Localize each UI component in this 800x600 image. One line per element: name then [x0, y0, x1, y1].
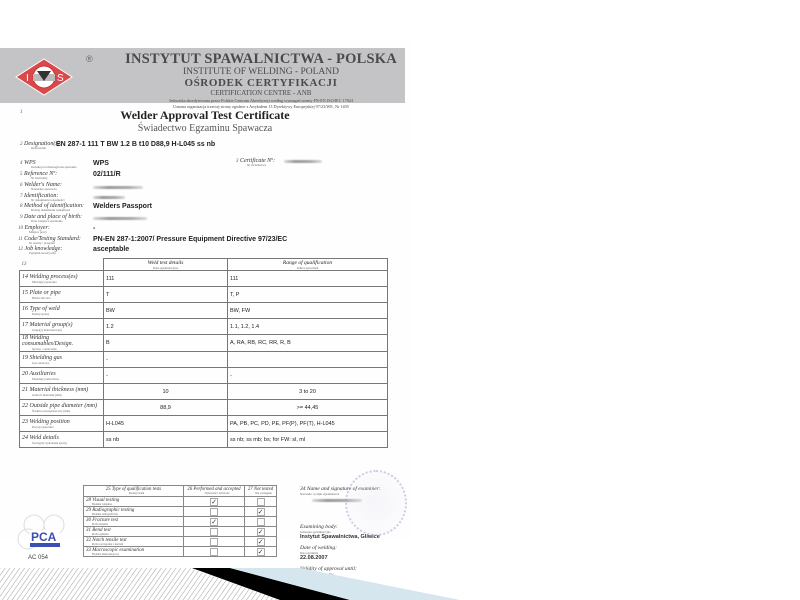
- not-tested-cell: [245, 517, 277, 527]
- welding-date-value: 22.08.2007: [300, 555, 337, 561]
- certificate-title: Welder Approval Test Certificate Świadec…: [0, 108, 410, 134]
- row-label-pl: Rodzaj spoiny: [32, 312, 101, 316]
- performed-checkbox[interactable]: [210, 528, 218, 536]
- performed-cell: [184, 537, 245, 547]
- field-number: 8: [20, 204, 23, 209]
- field-number: 7: [20, 194, 23, 199]
- row-label-pl: Pozycja spawania: [32, 425, 101, 429]
- row-label-en: 16 Type of weld: [22, 306, 60, 312]
- table-row: 22 Outside pipe diameter (mm)Średnica ze…: [20, 400, 388, 416]
- header-test-type: 25 Type of qualification tests Rodzaj ba…: [84, 486, 184, 497]
- row-label-en: 17 Material group(s): [22, 322, 72, 328]
- test-label-en: 33 Macroscopic examination: [86, 548, 144, 553]
- test-type-cell: 28 Visual testingBadania wizualne: [84, 497, 184, 507]
- not-tested-cell: ✓: [245, 507, 277, 517]
- redacted-certificate-number: [284, 160, 322, 163]
- row-label: 22 Outside pipe diameter (mm)Średnica ze…: [20, 400, 104, 416]
- welding-date-block: Date of welding: Data egzaminu 22.08.200…: [300, 545, 337, 561]
- test-type-cell: 33 Macroscopic examinationBadania makros…: [84, 547, 184, 557]
- field-wps: 4 WPS Instrukcja technologiczna spawania…: [20, 160, 77, 169]
- centre-name-en: CERTIFICATION CENTRE - ANB: [120, 89, 402, 97]
- table-row: 17 Material group(s)Grupa(y) materiałowa…: [20, 319, 388, 335]
- row-label-en: 24 Weld details: [22, 435, 59, 441]
- header-pl: Wykonane i zaliczone: [192, 492, 242, 495]
- not-tested-cell: ✓: [245, 537, 277, 547]
- row-label-en: 22 Outside pipe diameter (mm): [22, 403, 97, 409]
- table-row: 20 AuxiliariesMateriały pomocnicze--: [20, 368, 388, 384]
- performed-cell: ✓: [184, 517, 245, 527]
- header-pl: Zakres uprawnień: [230, 266, 385, 270]
- range-of-qualification-cell: >= 44,45: [228, 400, 388, 416]
- performed-checkbox[interactable]: [210, 508, 218, 516]
- row-label-pl: Materiały pomocnicze: [32, 377, 101, 381]
- registered-mark: ®: [86, 54, 93, 64]
- title-pl: Świadectwo Egzaminu Spawacza: [0, 123, 410, 134]
- field-method-of-identification: 8 Method of identification: Rodzaj dokum…: [20, 203, 84, 212]
- row-label: 19 Shielding gasGaz osłonowy: [20, 352, 104, 368]
- range-of-qualification-cell: 111: [228, 271, 388, 287]
- field-certificate-number: 3 Certificate Nº: Nr świadectwa: [236, 158, 275, 167]
- performed-cell: [184, 547, 245, 557]
- testing-standard-value: PN-EN 287-1:2007/ Pressure Equipment Dir…: [93, 236, 287, 243]
- table-header-row: 13 Weld test details Dane egzaminacyjne …: [20, 259, 388, 271]
- field-sublabel: Miejsce pracy: [29, 230, 50, 234]
- row-label-en: 20 Auxiliaries: [22, 371, 56, 377]
- method-of-identification-value: Welders Passport: [93, 203, 152, 210]
- not-tested-checkbox[interactable]: ✓: [257, 508, 265, 516]
- row-label-pl: Gaz osłonowy: [32, 361, 101, 365]
- job-knowledge-value: asceptable: [93, 246, 129, 253]
- field-number: 2: [20, 142, 23, 147]
- official-stamp-icon: [345, 470, 407, 536]
- test-label-pl: Badania wizualne: [92, 503, 181, 506]
- table-row: 15 Plate or pipeBlacha lub ruraTT, P: [20, 287, 388, 303]
- field-birth-date-place: 9 Date and place of birth: Data i miejsc…: [20, 214, 82, 223]
- weld-test-detail-cell: -: [104, 368, 228, 384]
- row-label: 21 Material thickness (mm)Grubość materi…: [20, 384, 104, 400]
- field-employer: 10 Employer: Miejsce pracy -: [18, 225, 50, 234]
- test-label-pl: Próba rozciągania z karbem: [92, 543, 181, 546]
- row-label-en: 15 Plate or pipe: [22, 290, 61, 296]
- weld-test-detail-cell: B: [104, 335, 228, 352]
- header-en: Weld test details: [148, 260, 184, 266]
- row-label: 16 Type of weldRodzaj spoiny: [20, 303, 104, 319]
- performed-checkbox[interactable]: [210, 548, 218, 556]
- not-tested-checkbox[interactable]: [257, 498, 265, 506]
- row-label-pl: Szczegóły wykonania spoiny: [32, 441, 101, 445]
- table-row: 18 Welding consumables/Design.Spoiwo / o…: [20, 335, 388, 352]
- test-type-cell: 32 Notch tensile testPróba rozciągania z…: [84, 537, 184, 547]
- field-identification: 7 Identification: Nr dokumentu tożsamośc…: [20, 193, 64, 202]
- test-row: 30 Fracture testPróba łamania✓: [84, 517, 277, 527]
- not-tested-checkbox[interactable]: ✓: [257, 528, 265, 536]
- not-tested-cell: ✓: [245, 527, 277, 537]
- field-testing-standard: 11 Code/Testing Standard: Nr normy / prz…: [18, 236, 81, 245]
- row-label: 17 Material group(s)Grupa(y) materiałowa…: [20, 319, 104, 335]
- table-row: 21 Material thickness (mm)Grubość materi…: [20, 384, 388, 400]
- table-row: 14 Welding process(es)Metoda(y) spawania…: [20, 271, 388, 287]
- field-job-knowledge: 12 Job knowledge: Egzamin teoretyczny as…: [18, 246, 62, 255]
- test-label-en: 30 Fracture test: [86, 518, 118, 523]
- table-row: 16 Type of weldRodzaj spoinyBWBW, FW: [20, 303, 388, 319]
- range-of-qualification-cell: A, RA, RB, RC, RR, R, B: [228, 335, 388, 352]
- range-of-qualification-cell: -: [228, 368, 388, 384]
- decorative-footer-stripes-icon: [0, 568, 800, 600]
- title-en: Welder Approval Test Certificate: [0, 108, 410, 123]
- row-label-pl: Grupa(y) materiałowa(e): [32, 328, 101, 332]
- header-pl: Rodzaj badań: [92, 492, 181, 495]
- column-header-range: Range of qualification Zakres uprawnień: [228, 259, 388, 271]
- range-of-qualification-cell: BW, FW: [228, 303, 388, 319]
- row-label-pl: Blacha lub rura: [32, 296, 101, 300]
- weld-test-detail-cell: H-L045: [104, 416, 228, 432]
- not-tested-cell: ✓: [245, 547, 277, 557]
- table-row: 19 Shielding gasGaz osłonowy-: [20, 352, 388, 368]
- table-row: 24 Weld detailsSzczegóły wykonania spoin…: [20, 432, 388, 448]
- field-number: 9: [20, 215, 23, 220]
- row-label: 15 Plate or pipeBlacha lub rura: [20, 287, 104, 303]
- employer-value: -: [93, 225, 95, 232]
- certificate-header: I S ® INSTYTUT SPAWALNICTWA - POLSKA INS…: [0, 48, 405, 103]
- institute-name-en: INSTITUTE OF WELDING - POLAND: [120, 67, 402, 77]
- row-label-pl: Spoiwo / oznaczenie: [32, 347, 101, 351]
- reference-value: 02/111/R: [93, 171, 121, 178]
- test-row: 33 Macroscopic examinationBadania makros…: [84, 547, 277, 557]
- field-number: 11: [18, 237, 23, 242]
- not-tested-checkbox[interactable]: ✓: [257, 548, 265, 556]
- performed-cell: [184, 527, 245, 537]
- range-of-qualification-cell: ss nb; ss mb; bs; for FW: sl, ml: [228, 432, 388, 448]
- range-of-qualification-cell: T, P: [228, 287, 388, 303]
- table-row: 23 Welding positionPozycja spawaniaH-L04…: [20, 416, 388, 432]
- row-label: 14 Welding process(es)Metoda(y) spawania: [20, 271, 104, 287]
- designation-value: EN 287-1 111 T BW 1.2 B t10 D88,9 H-L045…: [56, 141, 215, 148]
- test-type-cell: 31 Bend testPróba zginania: [84, 527, 184, 537]
- weld-test-detail-cell: 111: [104, 271, 228, 287]
- weld-test-detail-cell: T: [104, 287, 228, 303]
- test-row: 31 Bend testPróba zginania✓: [84, 527, 277, 537]
- table-number: 13: [20, 259, 104, 271]
- column-header-test-details: Weld test details Dane egzaminacyjne: [104, 259, 228, 271]
- field-reference: 5 Reference Nº: Nr kontrolny 02/111/R: [20, 171, 57, 180]
- row-label-en: 14 Welding process(es): [22, 274, 78, 280]
- test-type-cell: 30 Fracture testPróba łamania: [84, 517, 184, 527]
- header-not-tested: 27 Not tested Nie wymagane: [245, 486, 277, 497]
- row-label: 24 Weld detailsSzczegóły wykonania spoin…: [20, 432, 104, 448]
- ins-logo-icon: I S: [14, 57, 74, 97]
- row-label-en: 18 Welding consumables/Design.: [22, 335, 73, 347]
- field-welder-name: 6 Welder's Name: Nazwisko spawacza: [20, 182, 62, 191]
- test-row: 32 Notch tensile testPróba rozciągania z…: [84, 537, 277, 547]
- redacted-birth-date-place: [93, 217, 147, 220]
- test-row: 28 Visual testingBadania wizualne✓: [84, 497, 277, 507]
- performed-checkbox[interactable]: ✓: [210, 518, 218, 526]
- not-tested-checkbox[interactable]: ✓: [257, 538, 265, 546]
- test-label-en: 31 Bend test: [86, 528, 111, 533]
- institute-name-pl: INSTYTUT SPAWALNICTWA - POLSKA: [120, 51, 402, 68]
- tests-header-row: 25 Type of qualification tests Rodzaj ba…: [84, 486, 277, 497]
- weld-test-detail-cell: 88,9: [104, 400, 228, 416]
- row-label-en: 21 Material thickness (mm): [22, 387, 88, 393]
- weld-test-detail-cell: 10: [104, 384, 228, 400]
- field-number: 3: [236, 159, 239, 164]
- test-label-pl: Próba zginania: [92, 533, 181, 536]
- field-designation: 2 Designation(s): Oznaczenie EN 287-1 11…: [20, 141, 62, 150]
- performed-cell: ✓: [184, 497, 245, 507]
- weld-test-detail-cell: -: [104, 352, 228, 368]
- row-label: 23 Welding positionPozycja spawania: [20, 416, 104, 432]
- redacted-welder-name: [93, 186, 143, 189]
- range-of-qualification-cell: 3 to 20: [228, 384, 388, 400]
- test-label-en: 32 Notch tensile test: [86, 538, 127, 543]
- logo-letter-i: I: [26, 73, 29, 84]
- row-label-en: 19 Shielding gas: [22, 355, 62, 361]
- accreditation-code: AC 054: [28, 555, 48, 561]
- performed-cell: [184, 507, 245, 517]
- row-label-pl: Średnica zewnętrzna rury (mm): [32, 409, 101, 413]
- weld-test-detail-cell: ss nb: [104, 432, 228, 448]
- range-of-qualification-cell: PA, PB, PC, PD, PE, PF(P), PF(T), H-L045: [228, 416, 388, 432]
- range-of-qualification-cell: [228, 352, 388, 368]
- field-number: 5: [20, 172, 23, 177]
- test-label-pl: Badania makroskopowe: [92, 553, 181, 556]
- field-number: 4: [20, 161, 23, 166]
- logo-letter-s: S: [57, 73, 64, 84]
- qualification-tests-table: 25 Type of qualification tests Rodzaj ba…: [83, 485, 277, 557]
- redacted-identification: [93, 196, 125, 199]
- certificate-document: I S ® INSTYTUT SPAWALNICTWA - POLSKA INS…: [0, 40, 410, 540]
- field-number: 6: [20, 183, 23, 188]
- pca-accreditation-logo-icon: PCA: [14, 513, 74, 553]
- performed-checkbox[interactable]: ✓: [210, 498, 218, 506]
- weld-test-detail-cell: BW: [104, 303, 228, 319]
- pca-logo-text: PCA: [31, 530, 57, 544]
- weld-test-detail-cell: 1.2: [104, 319, 228, 335]
- row-label-pl: Grubość materiału (mm): [32, 393, 101, 397]
- field-sublabel: Instrukcja technologiczna spawania: [31, 165, 77, 169]
- test-type-cell: 29 Radiographic testingBadania radiograf…: [84, 507, 184, 517]
- header-pl: Dane egzaminacyjne: [106, 266, 225, 270]
- wps-value: WPS: [93, 160, 109, 167]
- row-label-en: 23 Welding position: [22, 419, 70, 425]
- test-label-en: 29 Radiographic testing: [86, 508, 134, 513]
- qualification-table: 13 Weld test details Dane egzaminacyjne …: [19, 258, 388, 448]
- range-of-qualification-cell: 1.1, 1.2, 1.4: [228, 319, 388, 335]
- centre-name-pl: OŚRODEK CERTYFIKACJI: [120, 77, 402, 89]
- not-tested-cell: [245, 497, 277, 507]
- accreditation-line-1: Jednostka akredytowana przez Polskie Cen…: [120, 98, 402, 103]
- performed-checkbox[interactable]: [210, 538, 218, 546]
- field-sublabel: Nr dokumentu tożsamości: [31, 198, 64, 202]
- test-row: 29 Radiographic testingBadania radiograf…: [84, 507, 277, 517]
- row-label: 18 Welding consumables/Design.Spoiwo / o…: [20, 335, 104, 352]
- row-label: 20 AuxiliariesMateriały pomocnicze: [20, 368, 104, 384]
- test-label-en: 28 Visual testing: [86, 498, 119, 503]
- field-number: 12: [18, 247, 23, 252]
- test-label-pl: Badania radiograficzne: [92, 513, 181, 516]
- test-label-pl: Próba łamania: [92, 523, 181, 526]
- not-tested-checkbox[interactable]: [257, 518, 265, 526]
- header-pl: Nie wymagane: [253, 492, 274, 495]
- header-en: Range of qualification: [283, 260, 332, 266]
- header-performed: 26 Performed and accepted Wykonane i zal…: [184, 486, 245, 497]
- field-number: 10: [18, 226, 23, 231]
- row-label-pl: Metoda(y) spawania: [32, 280, 101, 284]
